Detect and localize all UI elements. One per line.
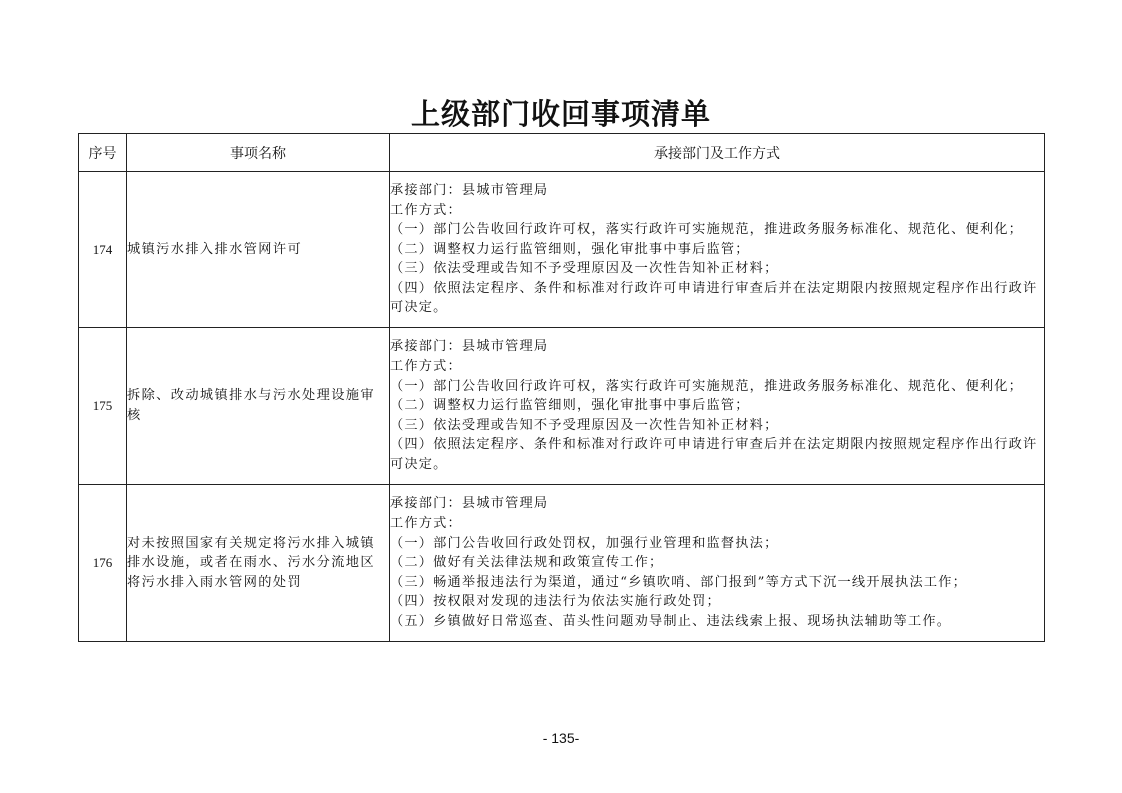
dept-line: （三）依法受理或告知不予受理原因及一次性告知补正材料； [390, 416, 1044, 436]
serial-no-cell: 175 [79, 328, 127, 485]
dept-line: （三）依法受理或告知不予受理原因及一次性告知补正材料； [390, 259, 1044, 279]
document-title: 上级部门收回事项清单 [0, 92, 1122, 133]
header-dept-method: 承接部门及工作方式 [390, 134, 1045, 172]
table-header-row: 序号 事项名称 承接部门及工作方式 [79, 134, 1045, 172]
dept-line: （二）调整权力运行监管细则，强化审批事中事后监管； [390, 396, 1044, 416]
dept-line: 工作方式： [390, 201, 1044, 221]
table-row: 174 城镇污水排入排水管网许可 承接部门：县城市管理局 工作方式： （一）部门… [79, 172, 1045, 328]
dept-line: （二）调整权力运行监管细则，强化审批事中事后监管； [390, 240, 1044, 260]
dept-line: （一）部门公告收回行政许可权，落实行政许可实施规范，推进政务服务标准化、规范化、… [390, 377, 1044, 397]
item-name-cell: 城镇污水排入排水管网许可 [127, 172, 390, 328]
dept-line: （一）部门公告收回行政处罚权，加强行业管理和监督执法； [390, 534, 1044, 554]
dept-line: （二）做好有关法律法规和政策宣传工作； [390, 553, 1044, 573]
header-serial-no: 序号 [79, 134, 127, 172]
dept-line: （三）畅通举报违法行为渠道，通过“乡镇吹哨、部门报到”等方式下沉一线开展执法工作… [390, 573, 1044, 593]
dept-line: （四）依照法定程序、条件和标准对行政许可申请进行审查后并在法定期限内按照规定程序… [390, 435, 1044, 474]
dept-line: 工作方式： [390, 514, 1044, 534]
dept-method-cell: 承接部门：县城市管理局 工作方式： （一）部门公告收回行政许可权，落实行政许可实… [390, 172, 1045, 328]
serial-no-cell: 176 [79, 485, 127, 642]
header-item-name: 事项名称 [127, 134, 390, 172]
dept-line: （五）乡镇做好日常巡查、苗头性问题劝导制止、违法线索上报、现场执法辅助等工作。 [390, 612, 1044, 632]
items-table: 序号 事项名称 承接部门及工作方式 174 城镇污水排入排水管网许可 承接部门：… [78, 133, 1045, 642]
dept-method-cell: 承接部门：县城市管理局 工作方式： （一）部门公告收回行政许可权，落实行政许可实… [390, 328, 1045, 485]
table-row: 176 对未按照国家有关规定将污水排入城镇排水设施，或者在雨水、污水分流地区将污… [79, 485, 1045, 642]
dept-line: 工作方式： [390, 357, 1044, 377]
item-name-cell: 对未按照国家有关规定将污水排入城镇排水设施，或者在雨水、污水分流地区将污水排入雨… [127, 485, 390, 642]
dept-line: 承接部门：县城市管理局 [390, 181, 1044, 201]
table-row: 175 拆除、改动城镇排水与污水处理设施审核 承接部门：县城市管理局 工作方式：… [79, 328, 1045, 485]
dept-method-cell: 承接部门：县城市管理局 工作方式： （一）部门公告收回行政处罚权，加强行业管理和… [390, 485, 1045, 642]
page-number: - 135- [0, 730, 1122, 746]
item-name-cell: 拆除、改动城镇排水与污水处理设施审核 [127, 328, 390, 485]
dept-line: （四）按权限对发现的违法行为依法实施行政处罚； [390, 592, 1044, 612]
dept-line: （四）依照法定程序、条件和标准对行政许可申请进行审查后并在法定期限内按照规定程序… [390, 279, 1044, 318]
dept-line: （一）部门公告收回行政许可权，落实行政许可实施规范，推进政务服务标准化、规范化、… [390, 220, 1044, 240]
dept-line: 承接部门：县城市管理局 [390, 337, 1044, 357]
dept-line: 承接部门：县城市管理局 [390, 494, 1044, 514]
serial-no-cell: 174 [79, 172, 127, 328]
